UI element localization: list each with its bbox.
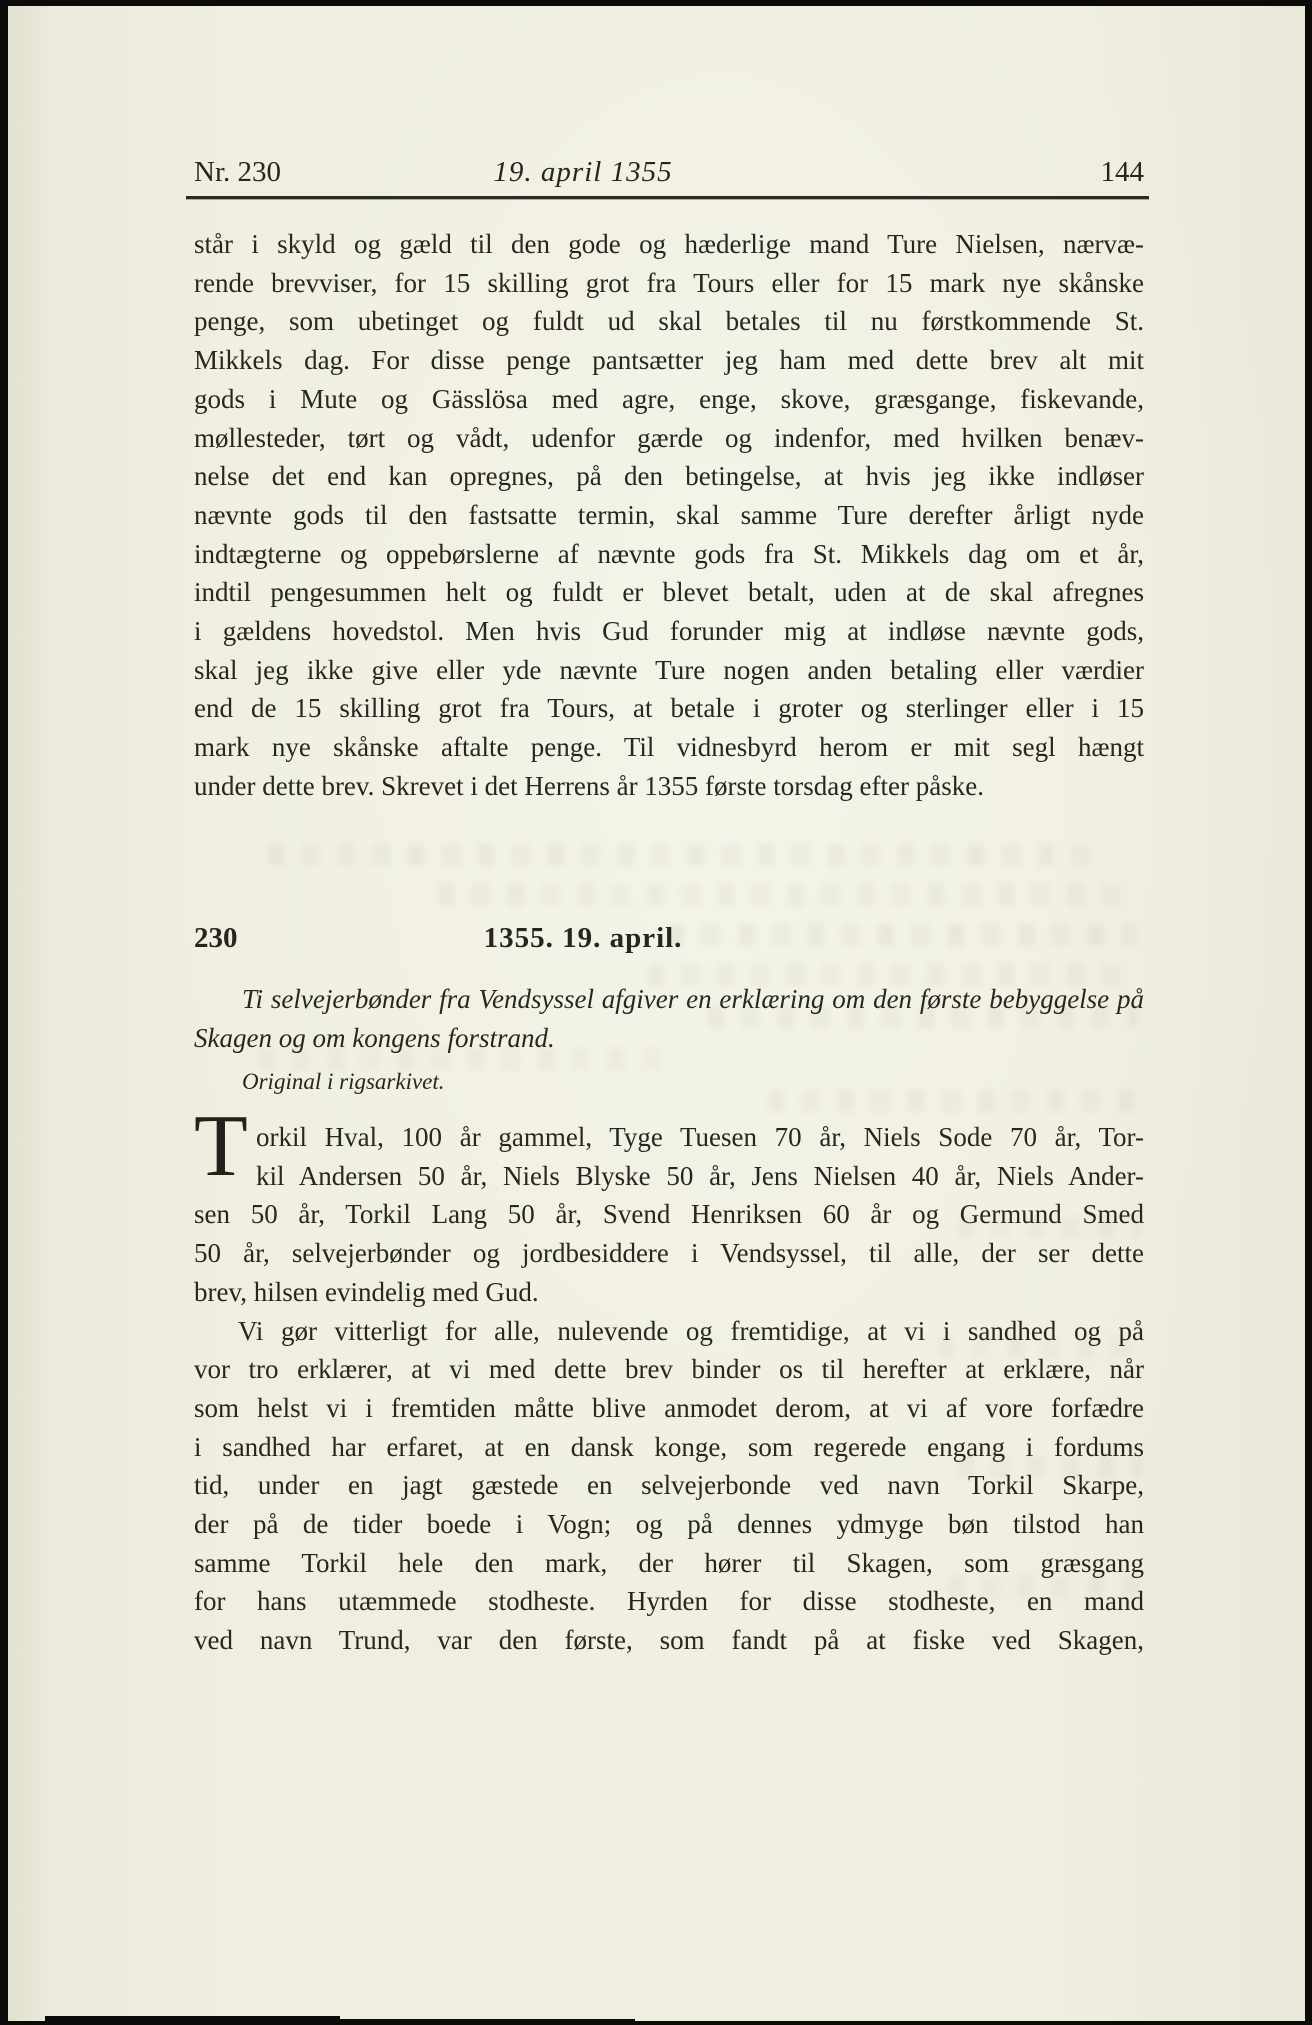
text-line: Skagen og om kongens forstrand. — [194, 1019, 1144, 1058]
text-line: skal jeg ikke give eller yde nævnte Ture… — [194, 651, 1144, 690]
text-line: end de 15 skilling grot fra Tours, at be… — [194, 689, 1144, 728]
text-line: rende brevviser, for 15 skilling grot fr… — [194, 264, 1144, 303]
text-line: Mikkels dag. For disse penge pantsætter … — [194, 341, 1144, 380]
text-line: indtil pengesummen helt og fuldt er blev… — [194, 573, 1144, 612]
text-line: 50 år, selvejerbønder og jordbesiddere i… — [194, 1234, 1144, 1273]
text-line: står i skyld og gæld til den gode og hæd… — [194, 225, 1144, 264]
scan-edge — [1010, 2021, 1215, 2025]
text-line: der på de tider boede i Vogn; og på denn… — [194, 1505, 1144, 1544]
bleed-through — [268, 844, 1108, 866]
running-head-number: Nr. 230 — [194, 156, 281, 189]
entry-heading: 230 1355. 19. april. — [194, 922, 1144, 966]
entry-229-continuation-paragraph: står i skyld og gæld til den gode og hæd… — [194, 225, 1144, 806]
page-number: 144 — [1101, 156, 1145, 189]
entry-paragraph-2: Vi gør vitterligt for alle, nulevende og… — [194, 1312, 1144, 1660]
text-line: mark nye skånske aftalte penge. Til vidn… — [194, 728, 1144, 767]
source-note: Original i rigsarkivet. — [194, 1069, 1144, 1095]
text-line: i sandhed har erfaret, at en dansk konge… — [194, 1428, 1144, 1467]
entry-summary: Ti selvejerbønder fra Vendsyssel afgiver… — [194, 980, 1144, 1057]
text-line: Vi gør vitterligt for alle, nulevende og… — [194, 1312, 1144, 1351]
text-line: orkil Hval, 100 år gammel, Tyge Tuesen 7… — [194, 1118, 1144, 1157]
scan-edge — [335, 2019, 635, 2025]
text-line: møllesteder, tørt og vådt, udenfor gærde… — [194, 419, 1144, 458]
bleed-through — [438, 884, 1128, 906]
scan-edge — [45, 2016, 340, 2025]
entry-date-heading: 1355. 19. april. — [484, 922, 683, 955]
text-line: vor tro erklærer, at vi med dette brev b… — [194, 1350, 1144, 1389]
text-line: i gældens hovedstol. Men hvis Gud forund… — [194, 612, 1144, 651]
text-line: som helst vi i fremtiden måtte blive anm… — [194, 1389, 1144, 1428]
head-rule — [186, 196, 1149, 199]
book-page: Nr. 230 19. april 1355 144 står i skyld … — [8, 6, 1305, 2021]
text-line: nelse det end kan opregnes, på den betin… — [194, 457, 1144, 496]
entry-body: T orkil Hval, 100 år gammel, Tyge Tuesen… — [194, 1118, 1144, 1660]
text-line: under dette brev. Skrevet i det Herrens … — [194, 767, 1144, 806]
running-head: Nr. 230 19. april 1355 144 — [194, 156, 1144, 198]
text-line: penge, som ubetinget og fuldt ud skal be… — [194, 302, 1144, 341]
text-line: for hans utæmmede stodheste. Hyrden for … — [194, 1582, 1144, 1621]
text-line: brev, hilsen evindelig med Gud. — [194, 1273, 1144, 1312]
dropcap-letter: T — [194, 1118, 252, 1195]
text-line: nævnte gods til den fastsatte termin, sk… — [194, 496, 1144, 535]
text-line: samme Torkil hele den mark, der hører ti… — [194, 1544, 1144, 1583]
scanned-book-page: { "colors": { "paper": "#edecdc", "ink":… — [0, 0, 1312, 2025]
entry-paragraph-1: orkil Hval, 100 år gammel, Tyge Tuesen 7… — [194, 1118, 1144, 1312]
text-line: ved navn Trund, var den første, som fand… — [194, 1621, 1144, 1660]
source-note-text: Original i rigsarkivet. — [194, 1069, 1144, 1095]
text-line: Ti selvejerbønder fra Vendsyssel afgiver… — [194, 980, 1144, 1019]
text-line: sen 50 år, Torkil Lang 50 år, Svend Henr… — [194, 1195, 1144, 1234]
text-line: kil Andersen 50 år, Niels Blyske 50 år, … — [194, 1157, 1144, 1196]
running-head-date: 19. april 1355 — [493, 156, 672, 189]
entry-number: 230 — [194, 922, 238, 955]
text-line: gods i Mute og Gässlösa med agre, enge, … — [194, 380, 1144, 419]
text-line: indtægterne og oppebørslerne af nævnte g… — [194, 535, 1144, 574]
text-line: tid, under en jagt gæstede en selvejerbo… — [194, 1466, 1144, 1505]
